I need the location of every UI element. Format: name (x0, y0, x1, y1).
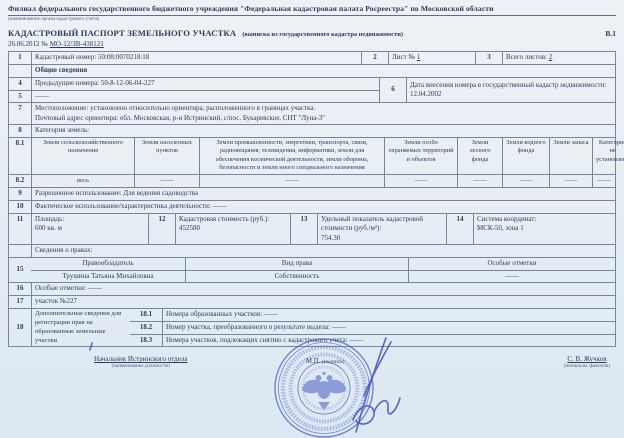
formed-plots: Номера образованных участков: —— (163, 309, 615, 321)
category-value: —— (199, 175, 384, 187)
row-number: 1 (9, 52, 31, 64)
sheet-label: Лист № (392, 53, 415, 61)
sheet-cell: Лист № 1 (388, 52, 475, 64)
rights-holder-header: Правообладатель (31, 258, 186, 270)
row-actual-use: 10 Фактическое использование/характерист… (9, 200, 615, 213)
row-number: 11 (9, 214, 31, 245)
title-row: КАДАСТРОВЫЙ ПАСПОРТ ЗЕМЕЛЬНОГО УЧАСТКА (… (8, 28, 616, 38)
row-5: 5 —— (9, 90, 379, 103)
category-industrial: Земли промышленности, энергетики, трансп… (199, 138, 384, 174)
row-number: 17 (9, 296, 31, 308)
special-notes-value: —— (409, 271, 615, 283)
row-category-columns: 8.1 Земли сельскохозяйственного назначен… (9, 137, 615, 174)
category-value: —— (592, 175, 615, 187)
category-value: весь (31, 175, 134, 187)
location-line1: Местоположение: установлено относительно… (35, 104, 612, 114)
rights-value-row: Трушина Татьяна Михайловна Собственность… (31, 270, 615, 283)
general-header: Общие сведения (31, 65, 615, 77)
specific-cost-cell: Удельный показатель кадастровой стоимост… (317, 214, 446, 245)
row-rights: 15 Правообладатель Вид права Особые отме… (9, 257, 615, 282)
category-value: —— (549, 175, 592, 187)
row-number: 6 (379, 78, 406, 102)
official-position: Начальник Истринского отдела (94, 355, 187, 363)
row-number: 18.1 (130, 309, 163, 321)
row-plot-number: 17 участок №227 (9, 295, 615, 308)
seal-place-note: М.П. (подпись) (306, 358, 344, 365)
location-cell: Местоположение: установлено относительно… (31, 103, 615, 124)
row-number: 2 (361, 52, 388, 64)
row-number: 18 (9, 309, 31, 346)
rights-header: Сведения о правах: (31, 245, 615, 257)
cadastral-cost-value: 452580 (179, 224, 287, 234)
row-number: 18.2 (130, 322, 163, 334)
row-number: 18.3 (130, 335, 163, 347)
row-5-dash: —— (32, 91, 379, 103)
row-4: 4 Предыдущие номера: 50-8-12-06-04-227 (9, 78, 379, 90)
official-name-block: С. В. Жучков (инициалы, фамилия) (564, 355, 610, 369)
name-caption: (инициалы, фамилия) (564, 364, 610, 369)
doc-subtitle: (выписка из государственного кадастра не… (242, 31, 403, 38)
category-reserve: Земли запаса (549, 138, 592, 174)
row-land-category: 8 Категория земель: (9, 124, 615, 137)
total-sheets-cell: Всего листов: 2 (502, 52, 615, 64)
row-18-2: 18.2 Номер участка, преобразованного в р… (130, 321, 615, 334)
row-number: 7 (9, 103, 31, 124)
transformed-plot: Номер участка, преобразованного в резуль… (163, 322, 615, 334)
cadastral-table: 1 Кадастровый номер: 50:08:0070218:18 2 … (8, 51, 616, 347)
row-number: 10 (9, 201, 31, 213)
row-general-header: Общие сведения (9, 64, 615, 77)
row-number: 8.1 (9, 138, 31, 174)
category-value: —— (502, 175, 549, 187)
row-number: 14 (446, 214, 473, 245)
seal-place-label: М.П. (306, 358, 320, 365)
category-not-set: Категория не установлена (592, 138, 624, 174)
doc-date-line: 26.06.2012 № МО-12/ЗВ-438121 (8, 40, 616, 48)
cadastral-cost-label: Кадастровая стоимость (руб.): (179, 215, 287, 225)
doc-number: МО-12/ЗВ-438121 (50, 40, 104, 48)
doc-date: 26.06.2012 № (8, 40, 48, 48)
row-18-1: 18.1 Номера образованных участков: —— (130, 309, 615, 321)
specific-cost-label: Удельный показатель кадастровой стоимост… (321, 215, 443, 234)
row-number: 15 (9, 258, 31, 282)
row-additional-info: 18 Дополнительные сведения для регистрац… (9, 308, 615, 346)
cadastral-cost-cell: Кадастровая стоимость (руб.): 452580 (175, 214, 290, 245)
sheet-value: 1 (417, 53, 421, 61)
row-rights-header: Сведения о правах: (9, 244, 615, 257)
plot-number: участок №227 (31, 296, 615, 308)
category-value: —— (134, 175, 199, 187)
coordinate-system-label: Система координат: (477, 215, 612, 225)
row-number: 5 (9, 91, 32, 103)
area-value: 600 кв. м (35, 224, 145, 234)
rights-header-row: Правообладатель Вид права Особые отметки (31, 258, 615, 270)
coordinate-system-cell: Система координат: МСК-50, зона 1 (473, 214, 615, 245)
position-caption: (наименование должности) (94, 364, 187, 369)
row-area-value: 11 Площадь: 600 кв. м 12 Кадастровая сто… (9, 213, 615, 245)
registration-date: Дата внесения номера в государственный к… (406, 78, 615, 102)
previous-numbers: Предыдущие номера: 50-8-12-06-04-227 (32, 78, 379, 90)
row-category-values: 8.2 весь —— —— —— —— —— —— —— (9, 174, 615, 187)
row-number: 9 (9, 188, 31, 200)
rights-holder-value: Трушина Татьяна Михайловна (31, 271, 186, 283)
cadastral-number: Кадастровый номер: 50:08:0070218:18 (31, 52, 361, 64)
coordinate-system-value: МСК-50, зона 1 (477, 224, 612, 234)
doc-title: КАДАСТРОВЫЙ ПАСПОРТ ЗЕМЕЛЬНОГО УЧАСТКА (8, 28, 236, 38)
official-name: С. В. Жучков (564, 355, 610, 363)
category-settlement: Земли населенных пунктов (134, 138, 199, 174)
row-number: 8 (9, 125, 31, 137)
org-name: Филиал федерального государственного бюд… (8, 4, 616, 16)
eagle-emblem-icon (302, 372, 346, 410)
row-number: 3 (475, 52, 502, 64)
category-forest: Земли лесного фонда (457, 138, 502, 174)
official-position-block: Начальник Истринского отдела (наименован… (94, 355, 187, 369)
additional-info-label: Дополнительные сведения для регистрации … (31, 309, 130, 346)
specific-cost-value: 754.30 (321, 234, 443, 244)
row-permitted-use: 9 Разрешенное использование: Для ведения… (9, 187, 615, 200)
special-notes: Особые отметки: —— (31, 283, 615, 295)
actual-use: Фактическое использование/характеристика… (31, 201, 615, 213)
category-agricultural: Земли сельскохозяйственного назначения (31, 138, 134, 174)
row-special-notes: 16 Особые отметки: —— (9, 282, 615, 295)
permitted-use: Разрешенное использование: Для ведения с… (31, 188, 615, 200)
total-sheets-value: 2 (549, 53, 553, 61)
row-number: 4 (9, 78, 32, 90)
land-category-label: Категория земель: (31, 125, 615, 137)
plots-to-remove: Номера участков, подлежащих снятию с кад… (163, 335, 615, 347)
category-water: Земли водного фонда (502, 138, 549, 174)
row-number: 12 (148, 214, 175, 245)
location-line2: Почтовый адрес ориентира: обл. Московска… (35, 114, 612, 124)
right-type-value: Собственность (186, 271, 409, 283)
category-protected: Земли особо охраняемых территорий и объе… (384, 138, 457, 174)
row-previous-numbers: 4 Предыдущие номера: 50-8-12-06-04-227 5… (9, 77, 615, 102)
row-number: 13 (290, 214, 317, 245)
special-notes-header: Особые отметки (409, 258, 615, 270)
cadastral-passport-page: Филиал федерального государственного бюд… (0, 0, 624, 369)
row-number: 16 (9, 283, 31, 295)
row-number: 8.2 (9, 175, 31, 187)
row-location: 7 Местоположение: установлено относитель… (9, 102, 615, 124)
area-cell: Площадь: 600 кв. м (31, 214, 148, 245)
right-type-header: Вид права (186, 258, 409, 270)
area-label: Площадь: (35, 215, 145, 225)
signature-place-label: (подпись) (322, 359, 344, 365)
total-sheets-label: Всего листов: (506, 53, 547, 61)
category-value: —— (457, 175, 502, 187)
org-caption: (наименование органа кадастрового учета) (8, 17, 616, 22)
row-cadastral-number: 1 Кадастровый номер: 50:08:0070218:18 2 … (9, 52, 615, 64)
form-code: В.1 (605, 29, 616, 38)
row-18-3: 18.3 Номера участков, подлежащих снятию … (130, 334, 615, 347)
category-value: —— (384, 175, 457, 187)
